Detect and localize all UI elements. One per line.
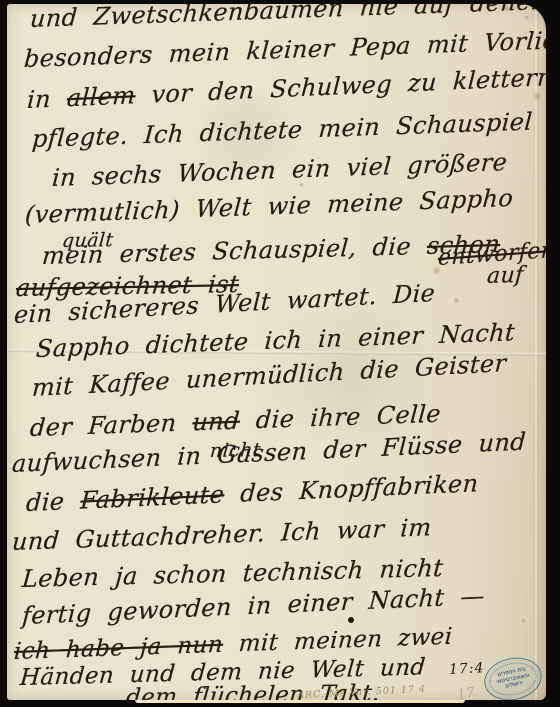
faint-pencil-mark: 17 (456, 685, 476, 700)
line-text: und Guttachdreher. Ich war im (11, 513, 433, 556)
foxing-spot (524, 15, 529, 20)
foxing-spot (533, 92, 542, 101)
line-text: des Knopffabriken (223, 469, 479, 508)
ink-blot (348, 617, 354, 623)
foxing-spot (453, 297, 460, 304)
line-text: vor den Schulweg zu klettern (135, 63, 546, 109)
manuscript-line-6: (vermutlich) Welt wie meine Sappho (24, 186, 514, 229)
line-text: auf (486, 263, 524, 289)
struck-text: und (192, 407, 241, 437)
foxing-spot (521, 618, 526, 623)
manuscript-line-14: die Fabrikleute des Knopffabriken (25, 471, 479, 517)
folio-number: 17:4 (449, 660, 485, 678)
stamp-text-line: ירושלים (505, 681, 524, 691)
vertical-fold-crease (535, 4, 537, 700)
line-text: mit meinen zwei (222, 624, 453, 658)
stamp-text: בית הספרים והאוניברסיטאי ירושלים (480, 652, 545, 700)
line-text: (vermutlich) Welt wie meine Sappho (24, 184, 514, 229)
line-text: in (26, 84, 68, 114)
line-text: die ihre Celle (239, 400, 442, 435)
line-text: der Farben (29, 408, 193, 442)
line-text: die (25, 487, 81, 517)
scanned-manuscript-page: { "manuscript": { "description": "handwr… (0, 0, 560, 707)
struck-text: allem (66, 81, 136, 112)
library-oval-stamp: בית הספרים והאוניברסיטאי ירושלים (480, 652, 545, 700)
manuscript-paper: und Zwetschkenbäumen nie auf denen beson… (7, 4, 546, 700)
struck-text: Fabrikleute (80, 480, 226, 514)
inserted-word: auf (486, 264, 524, 289)
manuscript-line-15: und Guttachdreher. Ich war im (11, 515, 432, 556)
